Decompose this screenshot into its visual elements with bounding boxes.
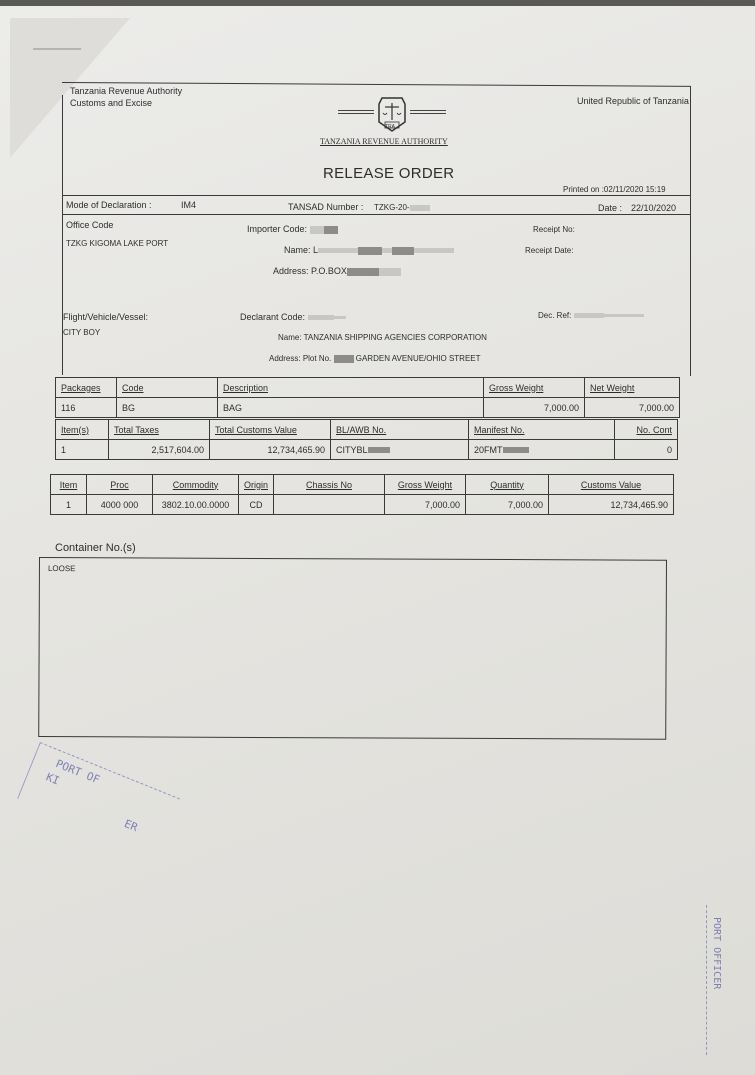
cell-description: BAG	[218, 398, 484, 418]
mode-of-declaration-value: IM4	[181, 200, 196, 210]
tra-logo: TRA	[338, 96, 448, 136]
printed-on: Printed on :02/11/2020 15:19	[563, 185, 666, 194]
col-item: Item	[51, 475, 87, 495]
importer-name: Name: L	[284, 245, 454, 255]
table-row: 1 4000 000 3802.10.00.0000 CD 7,000.00 7…	[51, 495, 674, 515]
cell-proc: 4000 000	[87, 495, 153, 515]
cell-items: 1	[56, 440, 109, 460]
cell-total-customs-value: 12,734,465.90	[210, 440, 331, 460]
importer-code-label: Importer Code:	[247, 224, 338, 234]
receipt-no-label: Receipt No:	[533, 225, 575, 234]
cell-gross-weight: 7,000.00	[385, 495, 466, 515]
col-chassis-no: Chassis No	[274, 475, 385, 495]
col-net-weight: Net Weight	[585, 378, 680, 398]
container-label: Container No.(s)	[55, 542, 136, 554]
cell-quantity: 7,000.00	[466, 495, 549, 515]
cell-no-cont: 0	[615, 440, 678, 460]
frame-right	[690, 86, 691, 376]
date-label: Date :	[598, 203, 622, 213]
cell-chassis-no	[274, 495, 385, 515]
container-box: LOOSE	[38, 557, 667, 740]
country-name: United Republic of Tanzania	[577, 96, 689, 106]
cell-code: BG	[117, 398, 218, 418]
port-stamp: PORT OF KI ER	[17, 742, 180, 855]
release-order-document: Tanzania Revenue Authority Customs and E…	[0, 0, 755, 1075]
declarant-address: Address: Plot No. GARDEN AVENUE/OHIO STR…	[269, 354, 481, 363]
table-header-row: Item(s) Total Taxes Total Customs Value …	[56, 420, 678, 440]
table-row: 116 BG BAG 7,000.00 7,000.00	[56, 398, 680, 418]
col-manifest: Manifest No.	[469, 420, 615, 440]
cell-item: 1	[51, 495, 87, 515]
col-description: Description	[218, 378, 484, 398]
office-code-label: Office Code	[66, 220, 113, 230]
dec-ref: Dec. Ref:	[538, 311, 644, 320]
packages-table: Packages Code Description Gross Weight N…	[55, 377, 680, 418]
table-row: 1 2,517,604.00 12,734,465.90 CITYBL 20FM…	[56, 440, 678, 460]
cell-commodity: 3802.10.00.0000	[153, 495, 239, 515]
port-officer-stamp: PORT OFFICER	[706, 905, 729, 1055]
cell-manifest: 20FMT	[469, 440, 615, 460]
tansad-number-label: TANSAD Number :	[288, 202, 363, 212]
date-value: 22/10/2020	[631, 203, 676, 213]
declarant-code: Declarant Code:	[240, 312, 346, 322]
col-no-cont: No. Cont	[615, 420, 678, 440]
cell-net-weight: 7,000.00	[585, 398, 680, 418]
table-header-row: Item Proc Commodity Origin Chassis No Gr…	[51, 475, 674, 495]
col-origin: Origin	[239, 475, 274, 495]
cell-total-taxes: 2,517,604.00	[109, 440, 210, 460]
table-header-row: Packages Code Description Gross Weight N…	[56, 378, 680, 398]
authority-name: Tanzania Revenue Authority	[70, 86, 182, 96]
office-code-value: TZKG KIGOMA LAKE PORT	[66, 239, 168, 248]
logo-caption: TANZANIA REVENUE AUTHORITY	[320, 137, 448, 146]
col-items: Item(s)	[56, 420, 109, 440]
col-code: Code	[117, 378, 218, 398]
vessel-value: CITY BOY	[63, 328, 100, 337]
receipt-date-label: Receipt Date:	[525, 246, 573, 255]
col-commodity: Commodity	[153, 475, 239, 495]
col-gross-weight: Gross Weight	[484, 378, 585, 398]
totals-table: Item(s) Total Taxes Total Customs Value …	[55, 419, 678, 460]
col-bl-awb: BL/AWB No.	[331, 420, 469, 440]
cell-gross-weight: 7,000.00	[484, 398, 585, 418]
declarant-name: Name: TANZANIA SHIPPING AGENCIES CORPORA…	[278, 333, 487, 342]
cell-packages: 116	[56, 398, 117, 418]
col-total-customs-value: Total Customs Value	[210, 420, 331, 440]
department-name: Customs and Excise	[70, 98, 152, 108]
items-table: Item Proc Commodity Origin Chassis No Gr…	[50, 474, 674, 515]
col-gross-weight: Gross Weight	[385, 475, 466, 495]
cell-origin: CD	[239, 495, 274, 515]
col-quantity: Quantity	[466, 475, 549, 495]
col-proc: Proc	[87, 475, 153, 495]
container-value: LOOSE	[48, 564, 76, 573]
col-packages: Packages	[56, 378, 117, 398]
document-title: RELEASE ORDER	[323, 165, 454, 182]
cell-customs-value: 12,734,465.90	[549, 495, 674, 515]
vessel-label: Flight/Vehicle/Vessel:	[63, 312, 148, 322]
col-total-taxes: Total Taxes	[109, 420, 210, 440]
col-customs-value: Customs Value	[549, 475, 674, 495]
cell-bl-awb: CITYBL	[331, 440, 469, 460]
mode-of-declaration-label: Mode of Declaration :	[66, 200, 152, 210]
redacted	[410, 205, 430, 211]
importer-address: Address: P.O.BOX	[273, 266, 401, 276]
tansad-number-value: TZKG-20-	[374, 203, 430, 212]
logo-badge: TRA	[385, 124, 395, 130]
